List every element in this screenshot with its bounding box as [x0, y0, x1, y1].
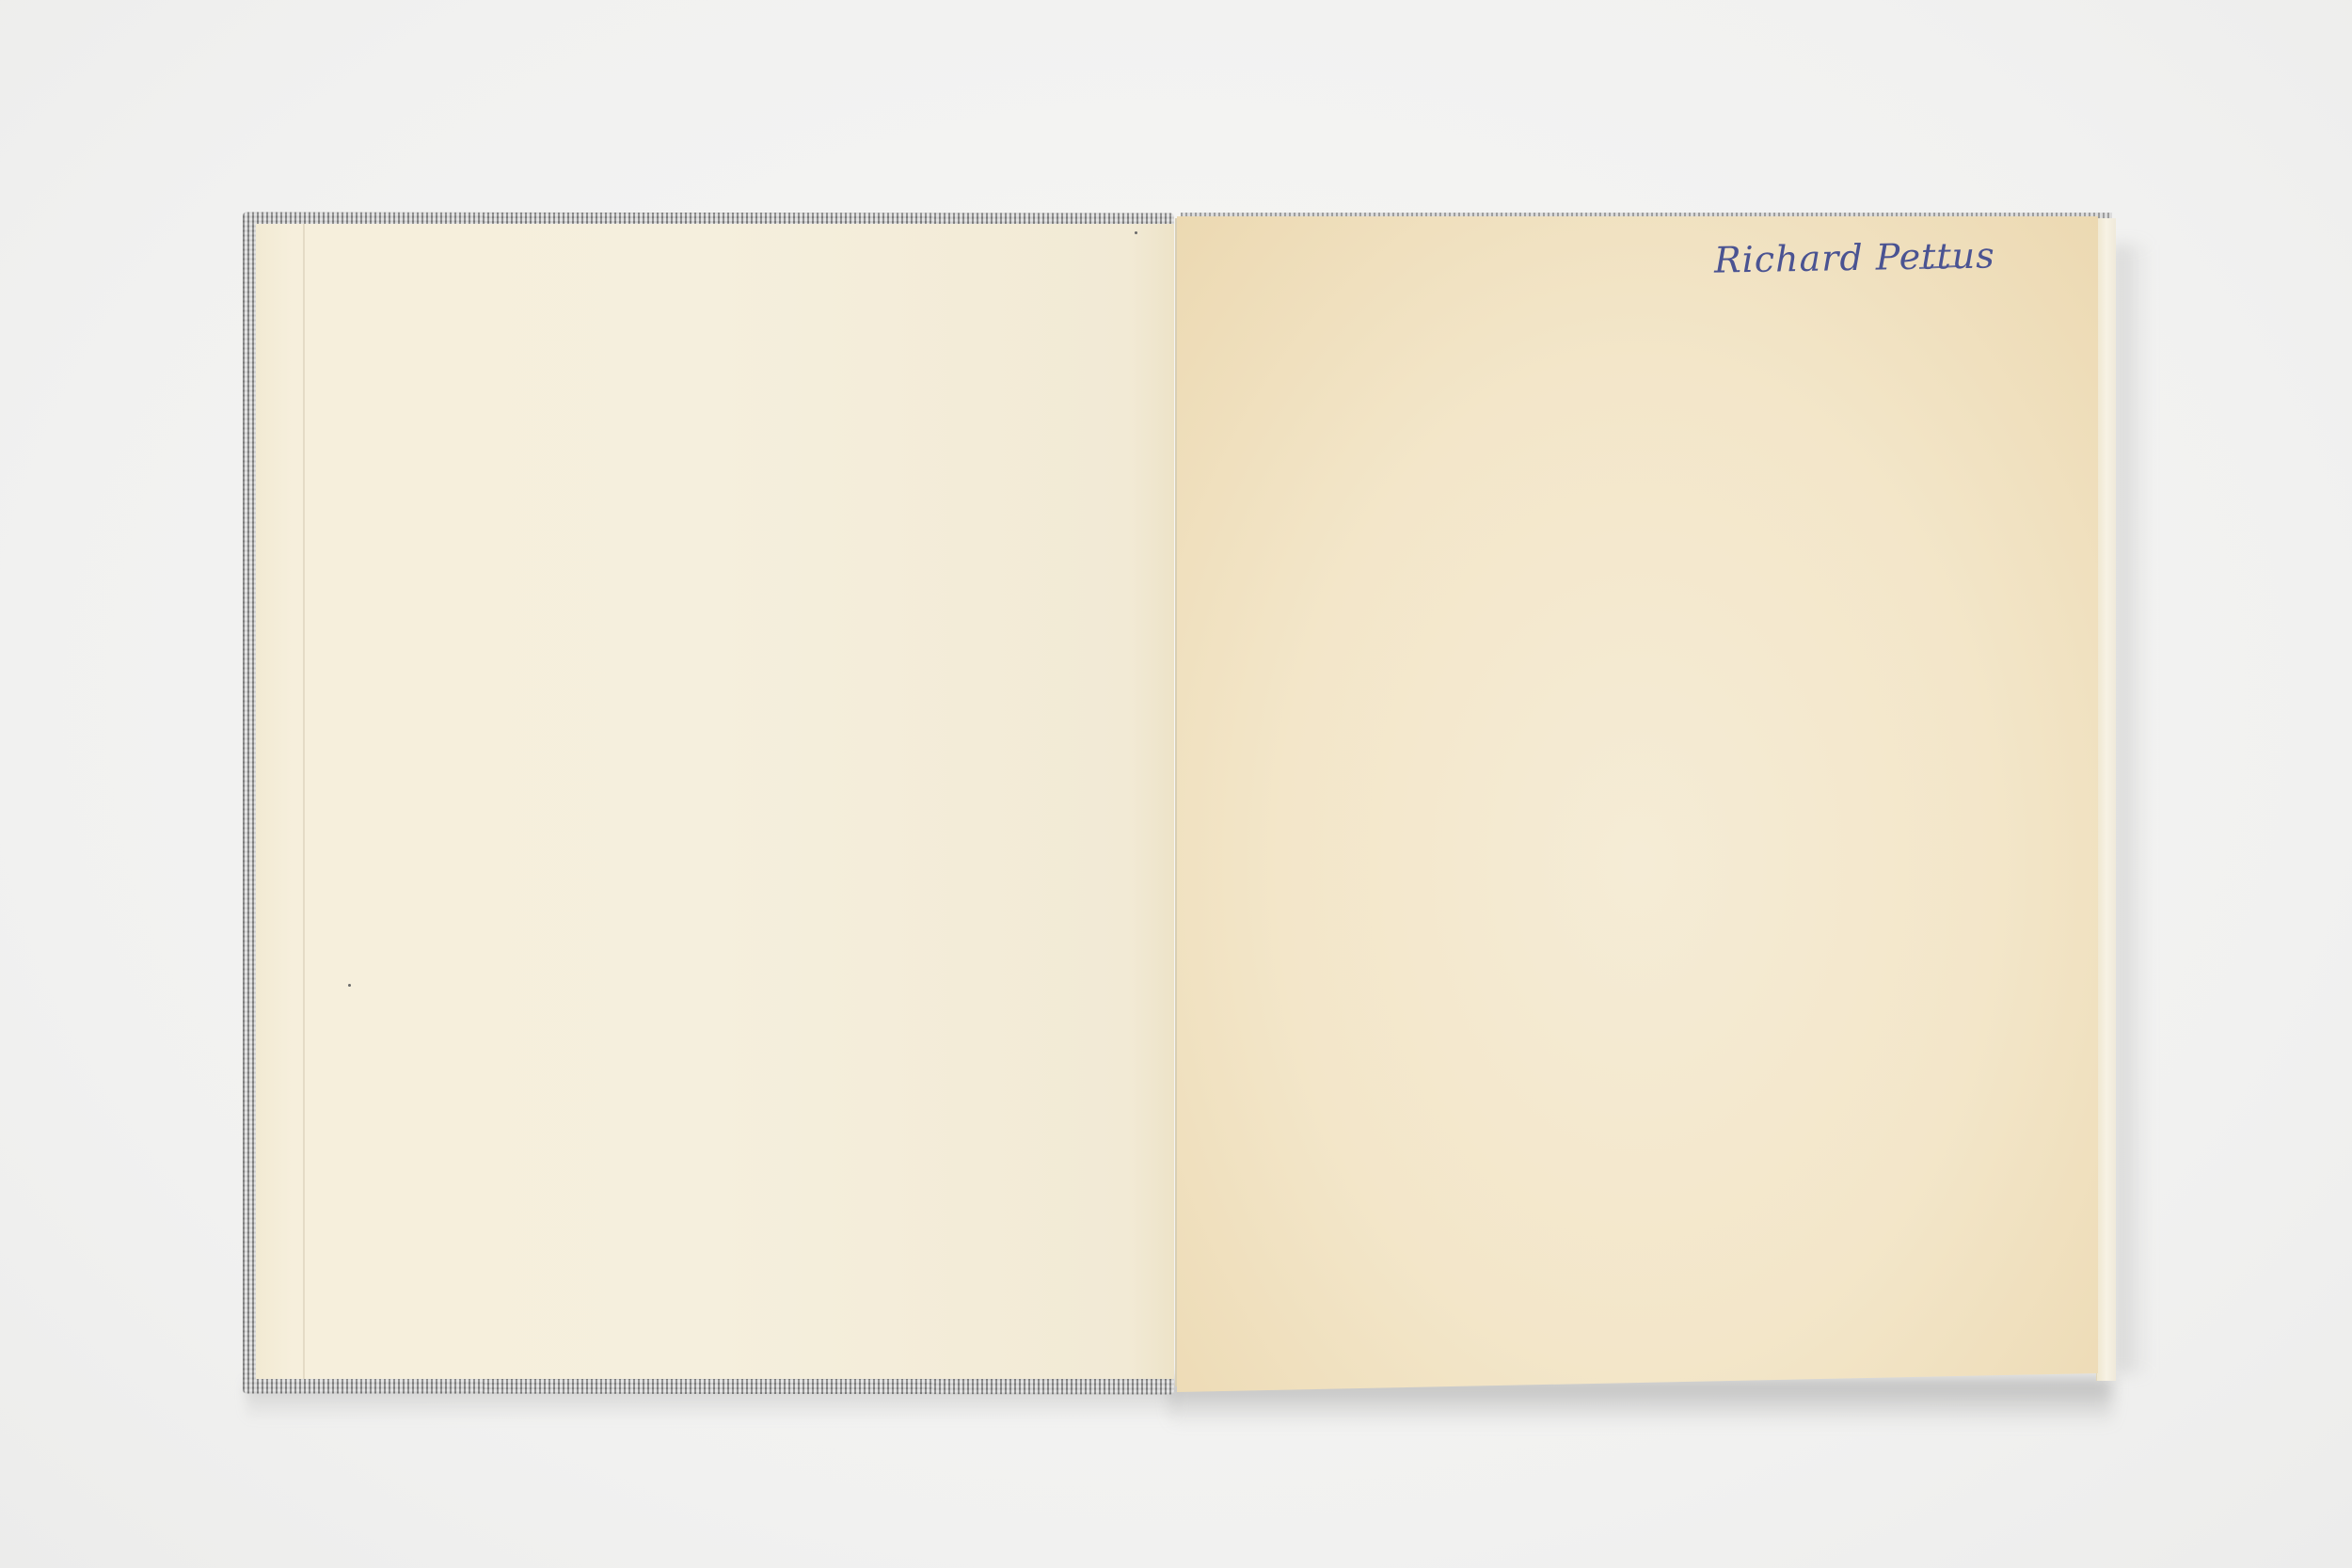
book-gutter: [1175, 218, 1177, 1386]
left-endpaper: [256, 224, 1174, 1379]
page-block-edge: [2096, 218, 2116, 1381]
right-endpaper: [1177, 216, 2098, 1392]
book-shadow-side: [2112, 245, 2150, 1373]
handwritten-signature: Richard Pettus: [1714, 234, 1995, 280]
endpaper-fold: [303, 224, 305, 1379]
paper-speck: [348, 984, 351, 987]
paper-speck: [1135, 231, 1137, 234]
